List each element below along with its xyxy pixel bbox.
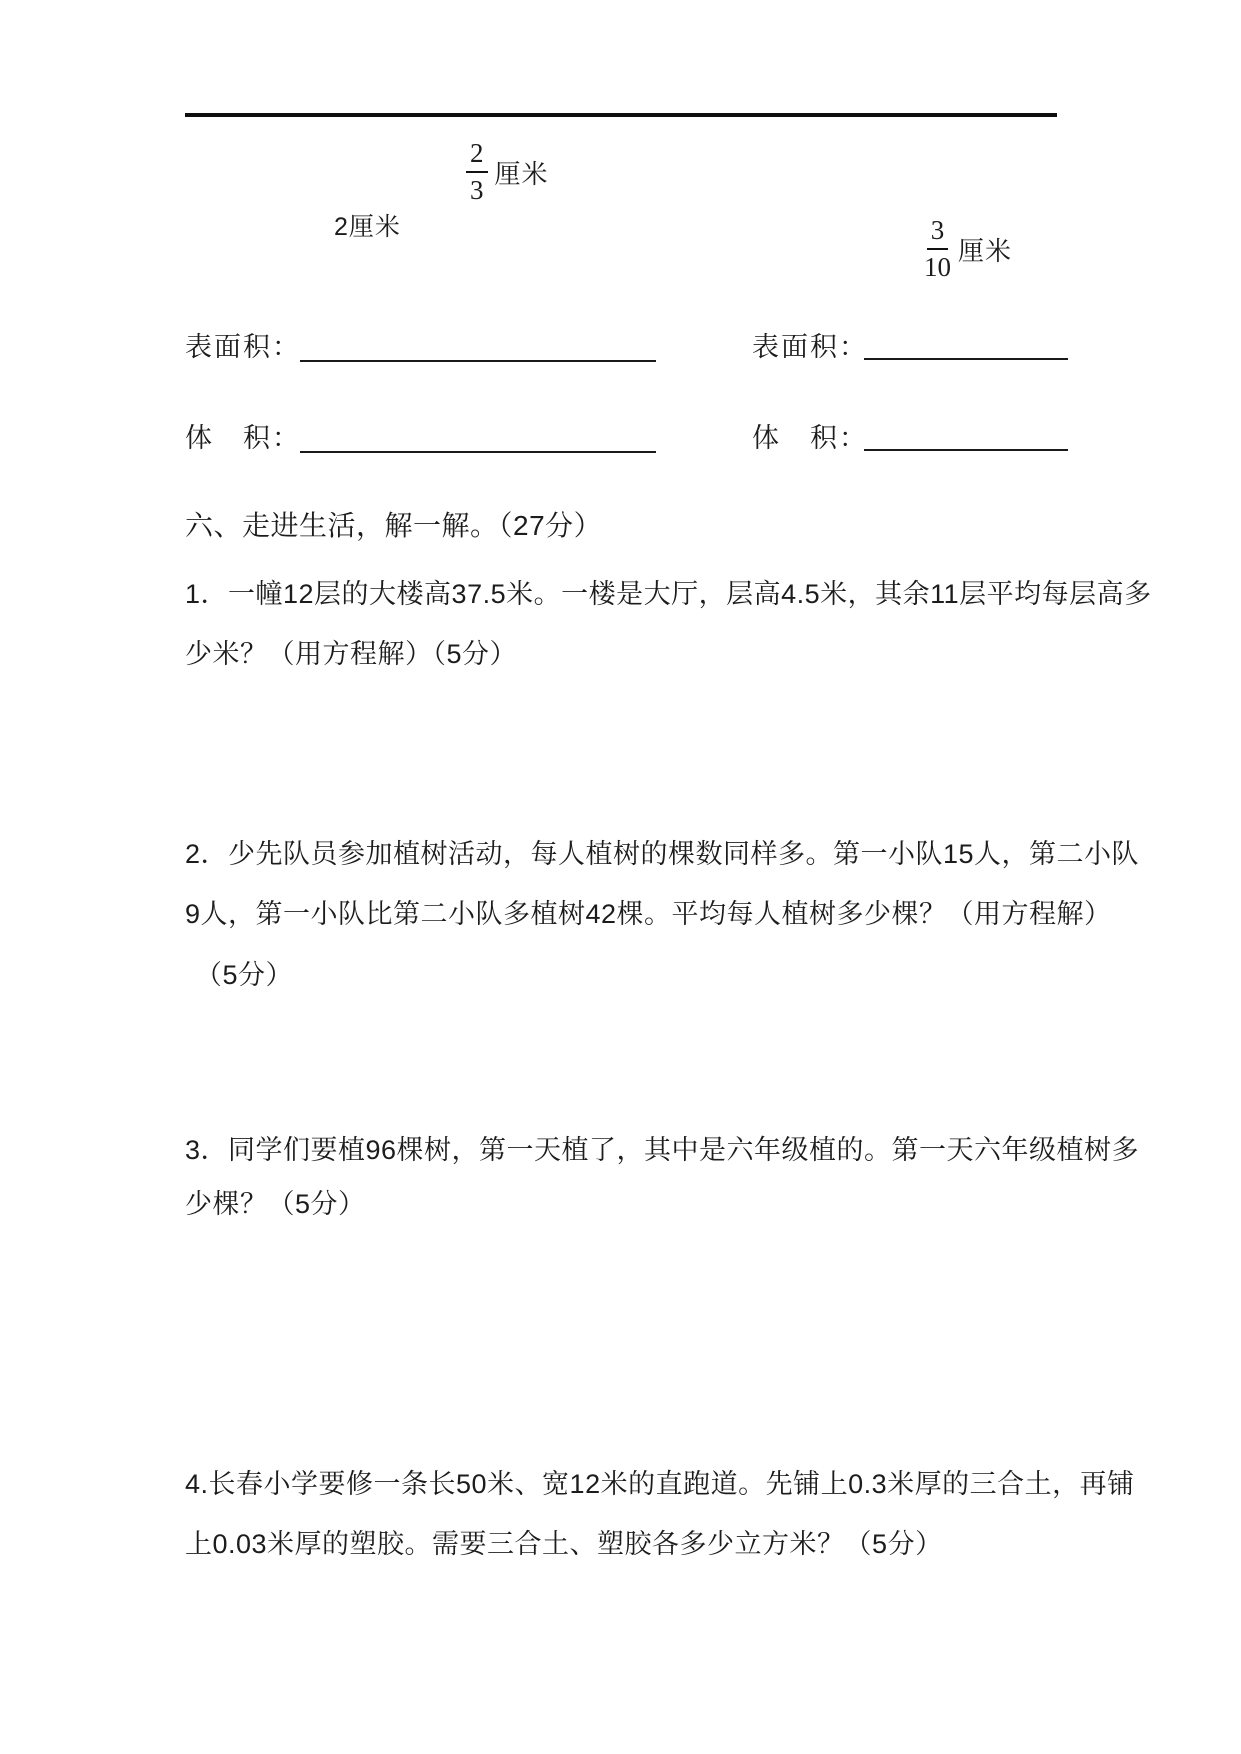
problem-3-line-1: 3．同学们要植96棵树，第一天植了，其中是六年级植的。第一天六年级植树多 [185, 1128, 1139, 1167]
problem-4-line-1: 4.长春小学要修一条长50米、宽12米的直跑道。先铺上0.3米厚的三合土，再铺 [185, 1462, 1135, 1501]
volume-blank-right [864, 415, 1068, 451]
volume-label-right: 体 积： [752, 416, 868, 455]
fraction-three-tenths: 3 10 [924, 217, 951, 281]
surface-area-blank-right [864, 324, 1068, 360]
worksheet-page: 2 3 厘米 2厘米 3 10 厘米 表面积： 表面积： 体 积： 体 积： 六… [0, 0, 1241, 1754]
volume-label-left: 体 积： [185, 416, 301, 455]
surface-area-label-left: 表面积： [185, 325, 301, 364]
problem-4-line-2: 上0.03米厚的塑胶。需要三合土、塑胶各多少立方米？（5分） [185, 1522, 943, 1561]
top-fraction-label: 2 3 厘米 [466, 140, 549, 204]
fraction-denominator: 3 [470, 173, 484, 204]
problem-3-line-2: 少棵？（5分） [185, 1182, 366, 1221]
problem-1-line-2: 少米？（用方程解）（5分） [185, 632, 517, 671]
surface-area-label-right: 表面积： [752, 325, 868, 364]
fraction-numerator: 2 [466, 140, 488, 173]
fraction-unit-label: 厘米 [958, 231, 1012, 268]
left-side-dimension-label: 2厘米 [334, 207, 401, 243]
fraction-unit-label: 厘米 [495, 154, 549, 191]
right-fraction-label: 3 10 厘米 [924, 217, 1012, 281]
top-divider-line [185, 113, 1057, 117]
fraction-two-thirds: 2 3 [466, 140, 488, 204]
fraction-denominator: 10 [924, 250, 951, 281]
section-six-title: 六、走进生活，解一解。（27分） [185, 504, 602, 544]
problem-2-line-2: 9人，第一小队比第二小队多植树42棵。平均每人植树多少棵？（用方程解） [185, 892, 1112, 931]
surface-area-blank-left [300, 326, 656, 362]
volume-blank-left [300, 417, 656, 453]
problem-1-line-1: 1．一幢12层的大楼高37.5米。一楼是大厅，层高4.5米，其余11层平均每层高… [185, 572, 1152, 611]
problem-2-line-1: 2．少先队员参加植树活动，每人植树的棵数同样多。第一小队15人，第二小队 [185, 832, 1139, 871]
problem-2-line-3: （5分） [195, 953, 293, 992]
fraction-numerator: 3 [927, 217, 949, 250]
